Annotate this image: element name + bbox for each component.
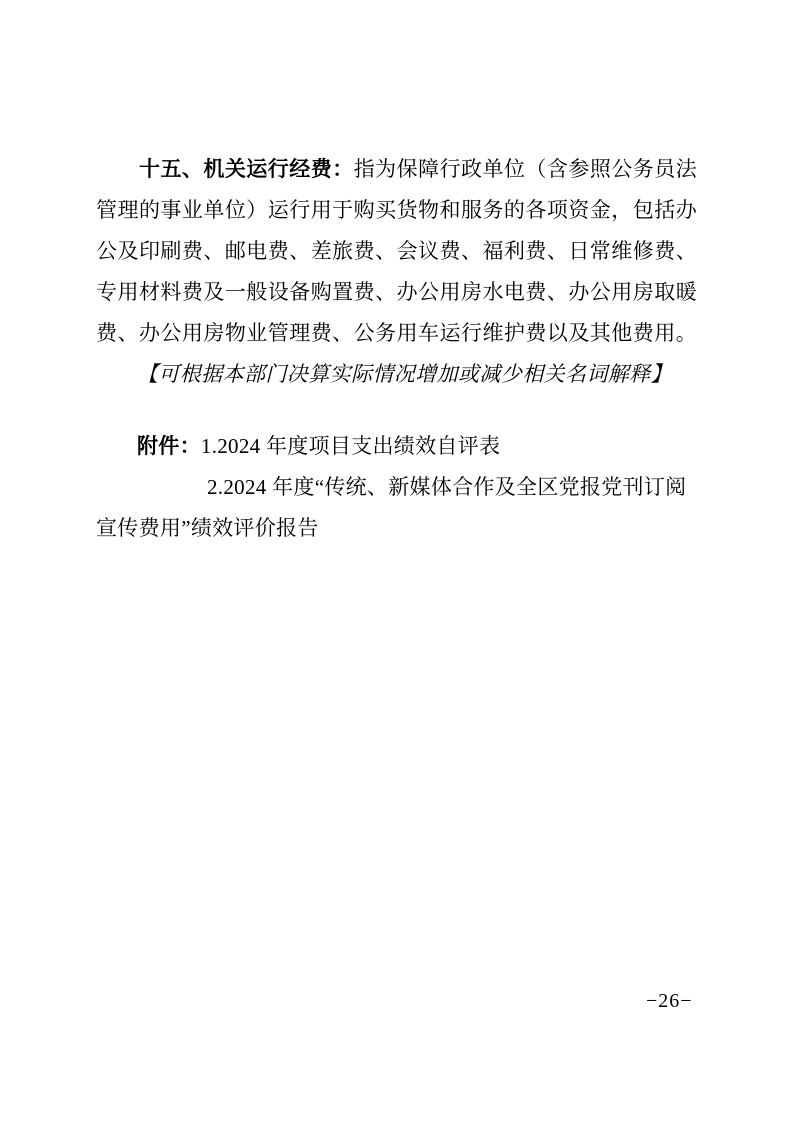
body-line-1-text: 指为保障行政单位（含参照公务员法	[354, 157, 697, 181]
page-number: −26−	[646, 990, 693, 1013]
attachment-item-2-line-1: 2.2024 年度“传统、新媒体合作及全区党报党刊订阅	[96, 467, 697, 508]
document-content: 十五、机关运行经费：指为保障行政单位（含参照公务员法 管理的事业单位）运行用于购…	[96, 149, 697, 549]
section-heading: 十五、机关运行经费：	[139, 157, 354, 181]
body-line-3: 公及印刷费、邮电费、差旅费、会议费、福利费、日常维修费、	[96, 231, 697, 272]
attachments-label: 附件：	[137, 434, 201, 458]
attachment-item-2-line-2: 宣传费用”绩效评价报告	[96, 508, 697, 549]
body-line-1: 十五、机关运行经费：指为保障行政单位（含参照公务员法	[96, 149, 697, 190]
body-line-4: 专用材料费及一般设备购置费、办公用房水电费、办公用房取暖	[96, 272, 697, 313]
body-line-2: 管理的事业单位）运行用于购买货物和服务的各项资金，包括办	[96, 190, 697, 231]
document-page: 十五、机关运行经费：指为保障行政单位（含参照公务员法 管理的事业单位）运行用于购…	[0, 0, 793, 1122]
attachments-block: 附件：1.2024 年度项目支出绩效自评表 2.2024 年度“传统、新媒体合作…	[96, 426, 697, 549]
attachment-item-1: 1.2024 年度项目支出绩效自评表	[201, 434, 500, 458]
editorial-note: 【可根据本部门决算实际情况增加或减少相关名词解释】	[96, 354, 697, 395]
attachment-line-1: 附件：1.2024 年度项目支出绩效自评表	[96, 426, 697, 467]
body-line-5: 费、办公用房物业管理费、公务用车运行维护费以及其他费用。	[96, 313, 697, 354]
